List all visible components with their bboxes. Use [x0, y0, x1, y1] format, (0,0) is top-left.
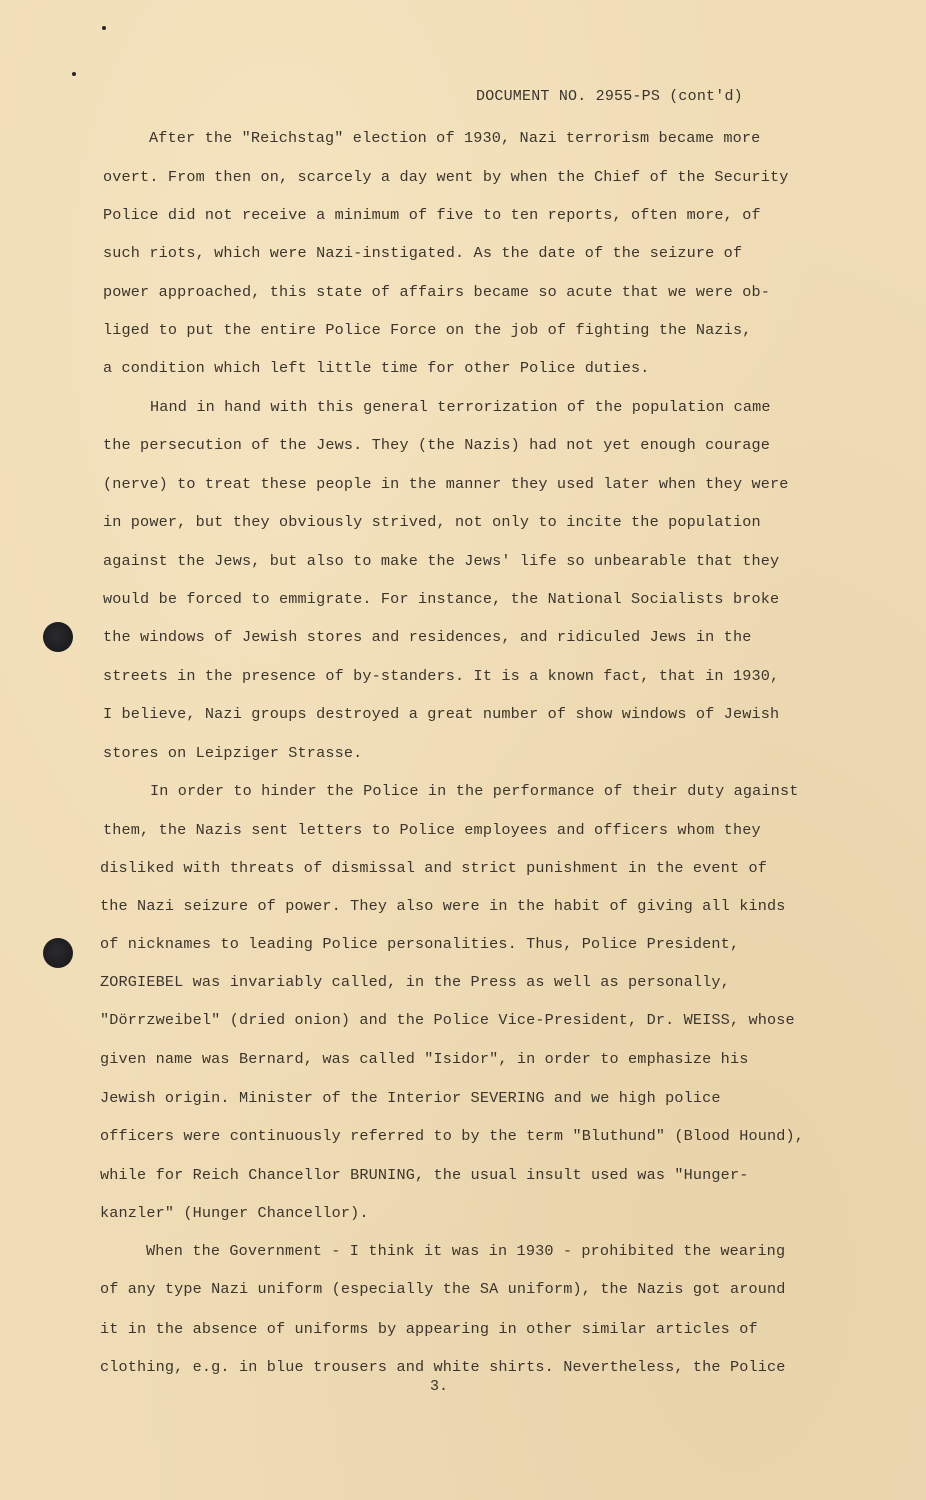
text-line: liged to put the entire Police Force on …: [103, 321, 751, 339]
text-line: the windows of Jewish stores and residen…: [103, 628, 751, 646]
text-line: the Nazi seizure of power. They also wer…: [100, 897, 786, 915]
page-number: 3.: [430, 1378, 448, 1395]
text-line: ZORGIEBEL was invariably called, in the …: [100, 973, 730, 991]
text-line: it in the absence of uniforms by appeari…: [100, 1320, 758, 1338]
text-line: against the Jews, but also to make the J…: [103, 552, 779, 570]
document-number-header: DOCUMENT NO. 2955-PS (cont'd): [476, 88, 743, 105]
text-line: After the "Reichstag" election of 1930, …: [149, 129, 760, 147]
text-line: "Dörrzweibel" (dried onion) and the Poli…: [100, 1011, 795, 1029]
punch-hole-icon: [43, 938, 73, 968]
text-line: given name was Bernard, was called "Isid…: [100, 1050, 748, 1068]
text-line: of any type Nazi uniform (especially the…: [100, 1280, 786, 1298]
text-line: power approached, this state of affairs …: [103, 283, 770, 301]
ink-speck: [72, 72, 76, 76]
text-line: stores on Leipziger Strasse.: [103, 744, 362, 762]
text-line: overt. From then on, scarcely a day went…: [103, 168, 789, 186]
text-line: in power, but they obviously strived, no…: [103, 513, 761, 531]
text-line: I believe, Nazi groups destroyed a great…: [103, 705, 779, 723]
text-line: officers were continuously referred to b…: [100, 1127, 804, 1145]
text-line: streets in the presence of by-standers. …: [103, 667, 779, 685]
text-line: would be forced to emmigrate. For instan…: [103, 590, 779, 608]
text-line: Hand in hand with this general terroriza…: [150, 398, 771, 416]
text-line: such riots, which were Nazi-instigated. …: [103, 244, 742, 262]
text-line: kanzler" (Hunger Chancellor).: [100, 1204, 369, 1222]
text-line: of nicknames to leading Police personali…: [100, 935, 739, 953]
document-page: DOCUMENT NO. 2955-PS (cont'd) After the …: [0, 0, 926, 1500]
text-line: a condition which left little time for o…: [103, 359, 650, 377]
text-line: In order to hinder the Police in the per…: [150, 782, 798, 800]
punch-hole-icon: [43, 622, 73, 652]
text-line: the persecution of the Jews. They (the N…: [103, 436, 770, 454]
text-line: clothing, e.g. in blue trousers and whit…: [100, 1358, 786, 1376]
text-line: When the Government - I think it was in …: [146, 1242, 785, 1260]
text-line: Jewish origin. Minister of the Interior …: [100, 1089, 721, 1107]
text-line: (nerve) to treat these people in the man…: [103, 475, 789, 493]
text-line: Police did not receive a minimum of five…: [103, 206, 761, 224]
text-line: while for Reich Chancellor BRUNING, the …: [100, 1166, 748, 1184]
text-line: disliked with threats of dismissal and s…: [100, 859, 767, 877]
text-line: them, the Nazis sent letters to Police e…: [103, 821, 761, 839]
ink-speck: [102, 26, 106, 30]
